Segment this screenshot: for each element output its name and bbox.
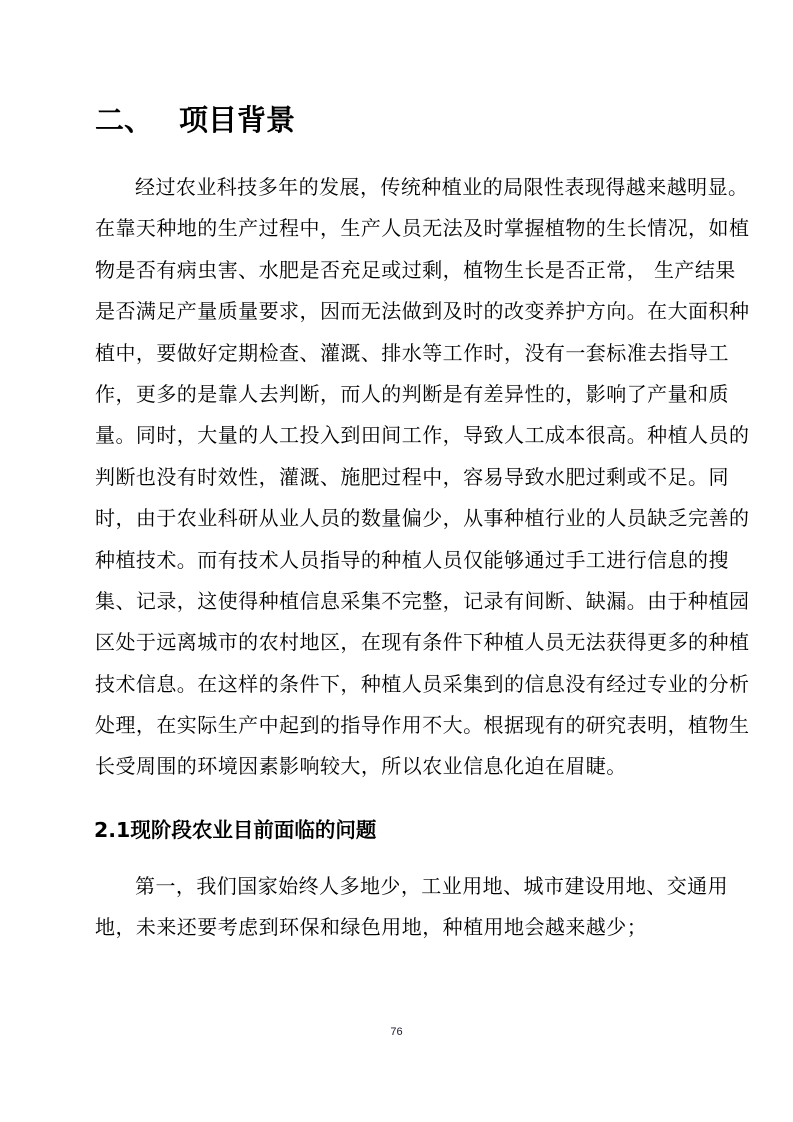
paragraph-line: 区处于远离城市的农村地区，在现有条件下种植人员无法获得更多的种植 bbox=[95, 622, 695, 663]
section-title: 项目背景 bbox=[179, 103, 295, 137]
problem-paragraph: 第一，我们国家始终人多地少，工业用地、城市建设用地、交通用 地，未来还要考虑到环… bbox=[95, 866, 695, 949]
paragraph-line: 时，由于农业科研从业人员的数量偏少，从事种植行业的人员缺乏完善的 bbox=[95, 498, 695, 539]
paragraph-line: 经过农业科技多年的发展，传统种植业的局限性表现得越来越明显。 bbox=[95, 167, 695, 208]
paragraph-line: 第一，我们国家始终人多地少，工业用地、城市建设用地、交通用 bbox=[95, 866, 695, 907]
subsection-heading: 2.1现阶段农业目前面临的问题 bbox=[94, 813, 376, 847]
paragraph-line: 判断也没有时效性，灌溉、施肥过程中，容易导致水肥过剩或不足。同 bbox=[95, 457, 695, 498]
paragraph-line: 量。同时，大量的人工投入到田间工作，导致人工成本很高。种植人员的 bbox=[95, 415, 695, 456]
section-heading: 二、项目背景 bbox=[95, 100, 295, 140]
paragraph-line: 物是否有病虫害、水肥是否充足或过剩，植物生长是否正常， 生产结果 bbox=[95, 250, 695, 291]
paragraph-line: 地，未来还要考虑到环保和绿色用地，种植用地会越来越少； bbox=[95, 907, 695, 948]
paragraph-line: 植中，要做好定期检查、灌溉、排水等工作时，没有一套标准去指导工 bbox=[95, 333, 695, 374]
paragraph-line: 集、记录，这使得种植信息采集不完整，记录有间断、缺漏。由于种植园 bbox=[95, 581, 695, 622]
paragraph-line: 处理，在实际生产中起到的指导作用不大。根据现有的研究表明，植物生 bbox=[95, 705, 695, 746]
section-number: 二、 bbox=[95, 100, 179, 140]
background-paragraph: 经过农业科技多年的发展，传统种植业的局限性表现得越来越明显。 在靠天种地的生产过… bbox=[95, 167, 695, 788]
page-number: 76 bbox=[0, 1026, 793, 1038]
paragraph-line: 在靠天种地的生产过程中，生产人员无法及时掌握植物的生长情况，如植 bbox=[95, 208, 695, 249]
document-page: 二、项目背景 经过农业科技多年的发展，传统种植业的局限性表现得越来越明显。 在靠… bbox=[0, 0, 793, 1122]
paragraph-line: 种植技术。而有技术人员指导的种植人员仅能够通过手工进行信息的搜 bbox=[95, 540, 695, 581]
paragraph-line: 作，更多的是靠人去判断，而人的判断是有差异性的，影响了产量和质 bbox=[95, 374, 695, 415]
paragraph-line: 技术信息。在这样的条件下，种植人员采集到的信息没有经过专业的分析 bbox=[95, 664, 695, 705]
paragraph-line: 长受周围的环境因素影响较大，所以农业信息化迫在眉睫。 bbox=[95, 746, 695, 787]
paragraph-line: 是否满足产量质量要求，因而无法做到及时的改变养护方向。在大面积种 bbox=[95, 291, 695, 332]
